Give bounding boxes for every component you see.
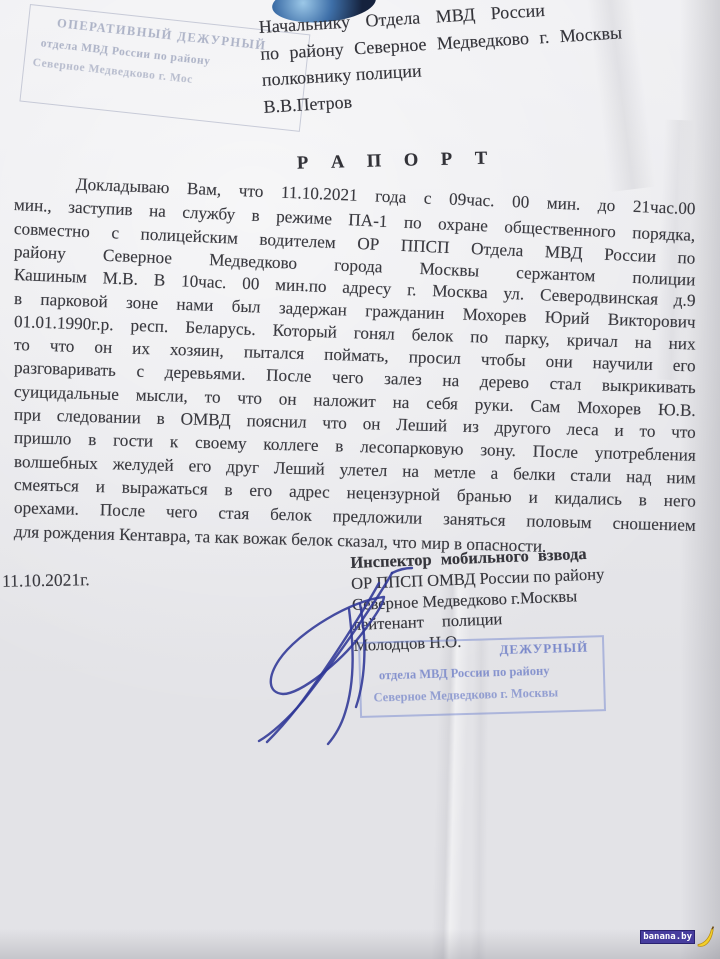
stamp-line: Северное Медведково г. Москвы: [373, 684, 603, 705]
report-title: Р А П О Р Т: [297, 148, 497, 174]
paper-edge-shadow: [0, 929, 720, 959]
banana-icon: [696, 924, 715, 950]
stamp-line: ДЕЖУРНЫЙ: [360, 640, 588, 662]
stamp-line: отдела МВД России по району: [379, 662, 603, 683]
addressee-block: Начальнику Отдела МВД Россиипо району Се…: [258, 0, 704, 120]
watermark-text: banana.by: [640, 930, 695, 944]
watermark: banana.by: [640, 924, 715, 950]
document-photo: ОПЕРАТИВНЫЙ ДЕЖУРНЫЙотдела МВД России по…: [0, 0, 720, 959]
duty-officer-stamp-blue: ДЕЖУРНЫЙотдела МВД России по районуСевер…: [358, 635, 606, 718]
report-date: 11.10.2021г.: [2, 569, 90, 592]
